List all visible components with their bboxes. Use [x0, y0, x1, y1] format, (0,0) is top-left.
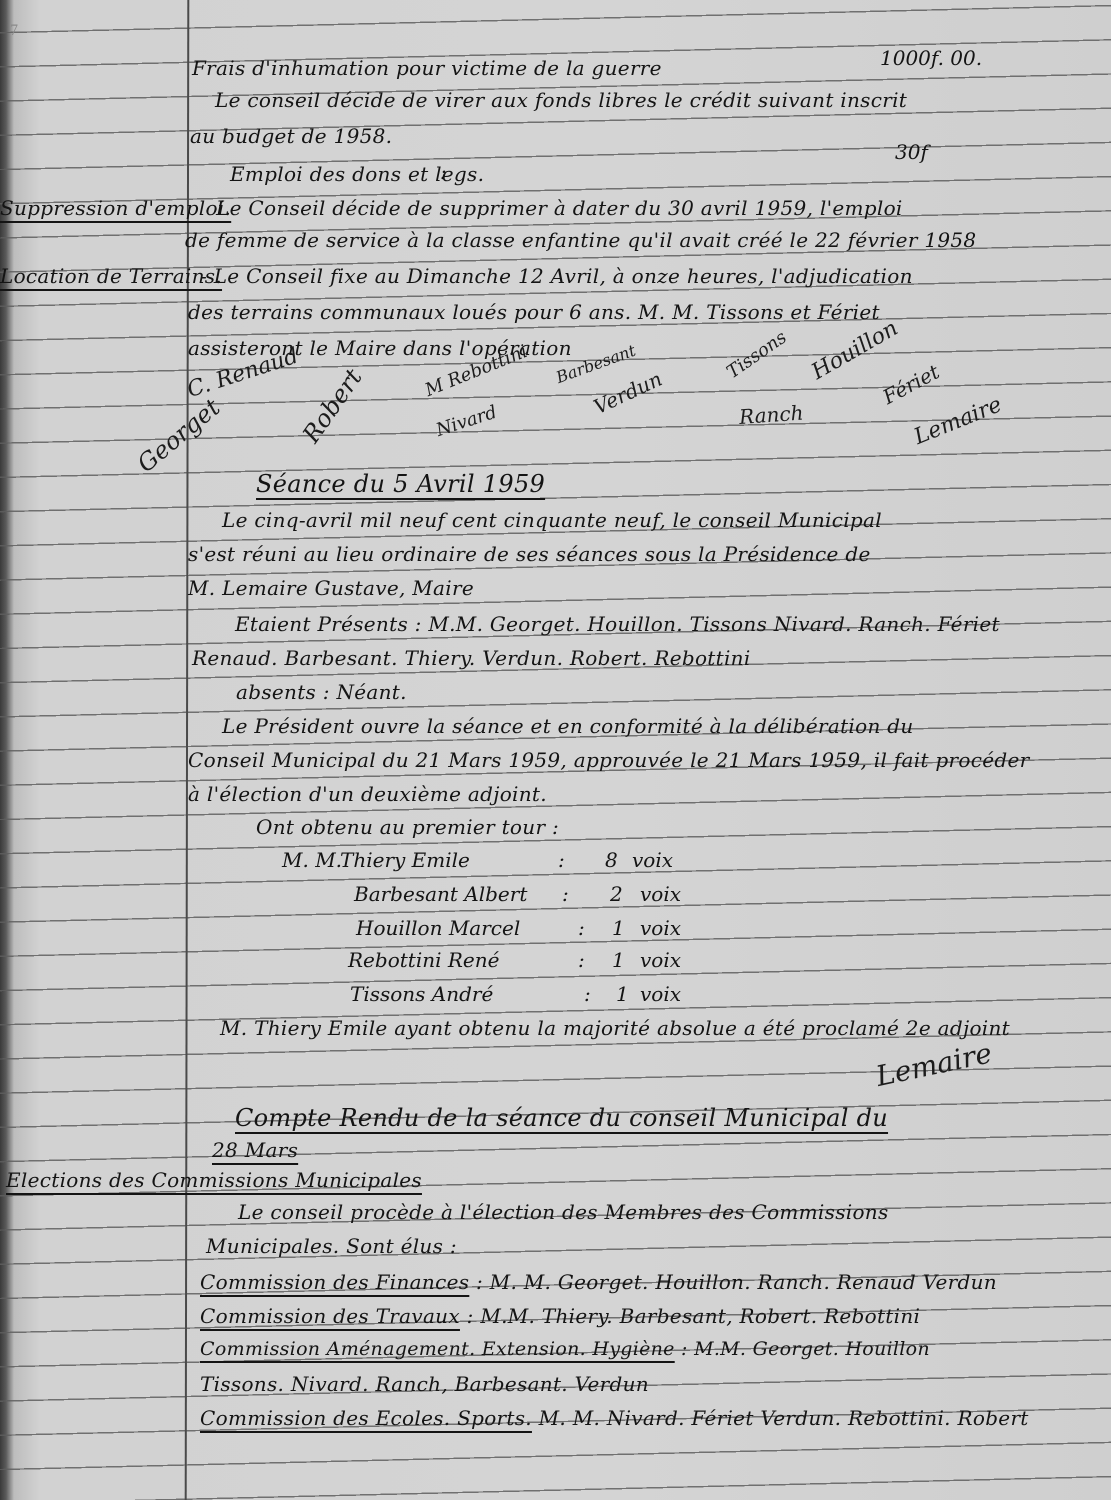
budget-line: au budget de 1958. — [190, 124, 392, 148]
seance-p1-line2: s'est réuni au lieu ordinaire de ses séa… — [188, 542, 871, 566]
election-result: M. Thiery Emile ayant obtenu la majorité… — [220, 1016, 1010, 1040]
amount-30: 30f — [895, 140, 928, 164]
commission-members: M. M. Nivard. Fériet Verdun. Rebottini. … — [539, 1406, 1029, 1430]
commission-label: Commission Aménagement. Extension. Hygiè… — [200, 1338, 675, 1360]
conseil-virer-line: Le conseil décide de virer aux fonds lib… — [215, 88, 907, 112]
seance-title: Séance du 5 Avril 1959 — [256, 470, 545, 498]
seance-p2-line1: Le Président ouvre la séance et en confo… — [222, 714, 914, 738]
suppression-line1: Le Conseil décide de supprimer à dater d… — [216, 196, 903, 220]
commission-label: Commission des Finances — [200, 1270, 469, 1294]
commission-finances: Commission des Finances : M. M. Georget.… — [200, 1270, 997, 1294]
compte-rendu-title: Compte Rendu de la séance du conseil Mun… — [235, 1104, 888, 1132]
intro-line2: Municipales. Sont élus : — [206, 1234, 457, 1258]
emploi-sep: : — [440, 160, 447, 184]
vote-unit: voix — [632, 848, 673, 872]
seance-p1-line1: Le cinq-avril mil neuf cent cinquante ne… — [222, 508, 882, 532]
presents-line1: Etaient Présents : M.M. Georget. Houillo… — [235, 612, 1000, 636]
intro-line1: Le conseil procède à l'élection des Memb… — [238, 1200, 889, 1224]
vote-count: 8 — [605, 848, 618, 872]
votes-prefix: M. M. — [282, 848, 342, 872]
signature-ranch: Ranch — [738, 401, 804, 429]
commission-members: : M.M. Thiery. Barbesant, Robert. Rebott… — [467, 1304, 921, 1328]
page-marker: 7 — [10, 22, 18, 40]
vote-unit: voix — [640, 982, 681, 1006]
suppression-line2: de femme de service à la classe enfantin… — [185, 228, 976, 252]
amount-1000: 1000f. 00. — [880, 46, 982, 70]
commission-amenagement-continuation: Tissons. Nivard. Ranch, Barbesant. Verdu… — [200, 1372, 649, 1396]
location-line2: des terrains communaux loués pour 6 ans.… — [188, 300, 880, 324]
vote-count: 1 — [616, 982, 629, 1006]
vote-count: 1 — [612, 948, 625, 972]
commission-members: : M. M. Georget. Houillon. Ranch. Renaud… — [476, 1270, 997, 1294]
margin-suppression: Suppression d'emploi. — [0, 196, 231, 220]
vote-count: 1 — [612, 916, 625, 940]
vote-name: Houillon Marcel — [356, 916, 520, 940]
seance-p2-line2: Conseil Municipal du 21 Mars 1959, appro… — [188, 748, 1029, 772]
vote-unit: voix — [640, 948, 681, 972]
compte-rendu-date: 28 Mars — [212, 1138, 298, 1162]
seance-p1-line3: M. Lemaire Gustave, Maire — [188, 576, 474, 600]
commission-label: Commission des Ecoles. Sports. — [200, 1406, 532, 1430]
vote-name: Rebottini René — [348, 948, 499, 972]
vote-count: 2 — [610, 882, 623, 906]
vote-unit: voix — [640, 882, 681, 906]
vote-sep: : — [578, 948, 585, 972]
commission-ecoles: Commission des Ecoles. Sports. M. M. Niv… — [200, 1406, 1029, 1430]
frais-line: Frais d'inhumation pour victime de la gu… — [192, 56, 662, 80]
votes-intro: Ont obtenu au premier tour : — [256, 815, 559, 839]
vote-sep: : — [558, 848, 565, 872]
vote-sep: : — [578, 916, 585, 940]
vote-sep: : — [584, 982, 591, 1006]
vote-name: Barbesant Albert — [354, 882, 527, 906]
margin-location: Location de Terrains. — [0, 264, 222, 288]
presents-line2: Renaud. Barbesant. Thiery. Verdun. Rober… — [192, 646, 751, 670]
margin-elections: Elections des Commissions Municipales — [6, 1168, 422, 1192]
location-line1: - Le Conseil fixe au Dimanche 12 Avril, … — [200, 264, 913, 288]
vote-name: Tissons André — [350, 982, 493, 1006]
absents-line: absents : Néant. — [236, 680, 407, 704]
vote-name: Thiery Emile — [340, 848, 470, 872]
seance-p2-line3: à l'élection d'un deuxième adjoint. — [188, 782, 547, 806]
commission-amenagement: Commission Aménagement. Extension. Hygiè… — [200, 1338, 930, 1360]
register-page: 7 Frais d'inhumation pour victime de la … — [0, 0, 1111, 1500]
vote-sep: : — [562, 882, 569, 906]
commission-label: Commission des Travaux — [200, 1304, 460, 1328]
commission-travaux: Commission des Travaux : M.M. Thiery. Ba… — [200, 1304, 920, 1328]
commission-members: : M.M. Georget. Houillon — [681, 1338, 930, 1360]
vote-unit: voix — [640, 916, 681, 940]
